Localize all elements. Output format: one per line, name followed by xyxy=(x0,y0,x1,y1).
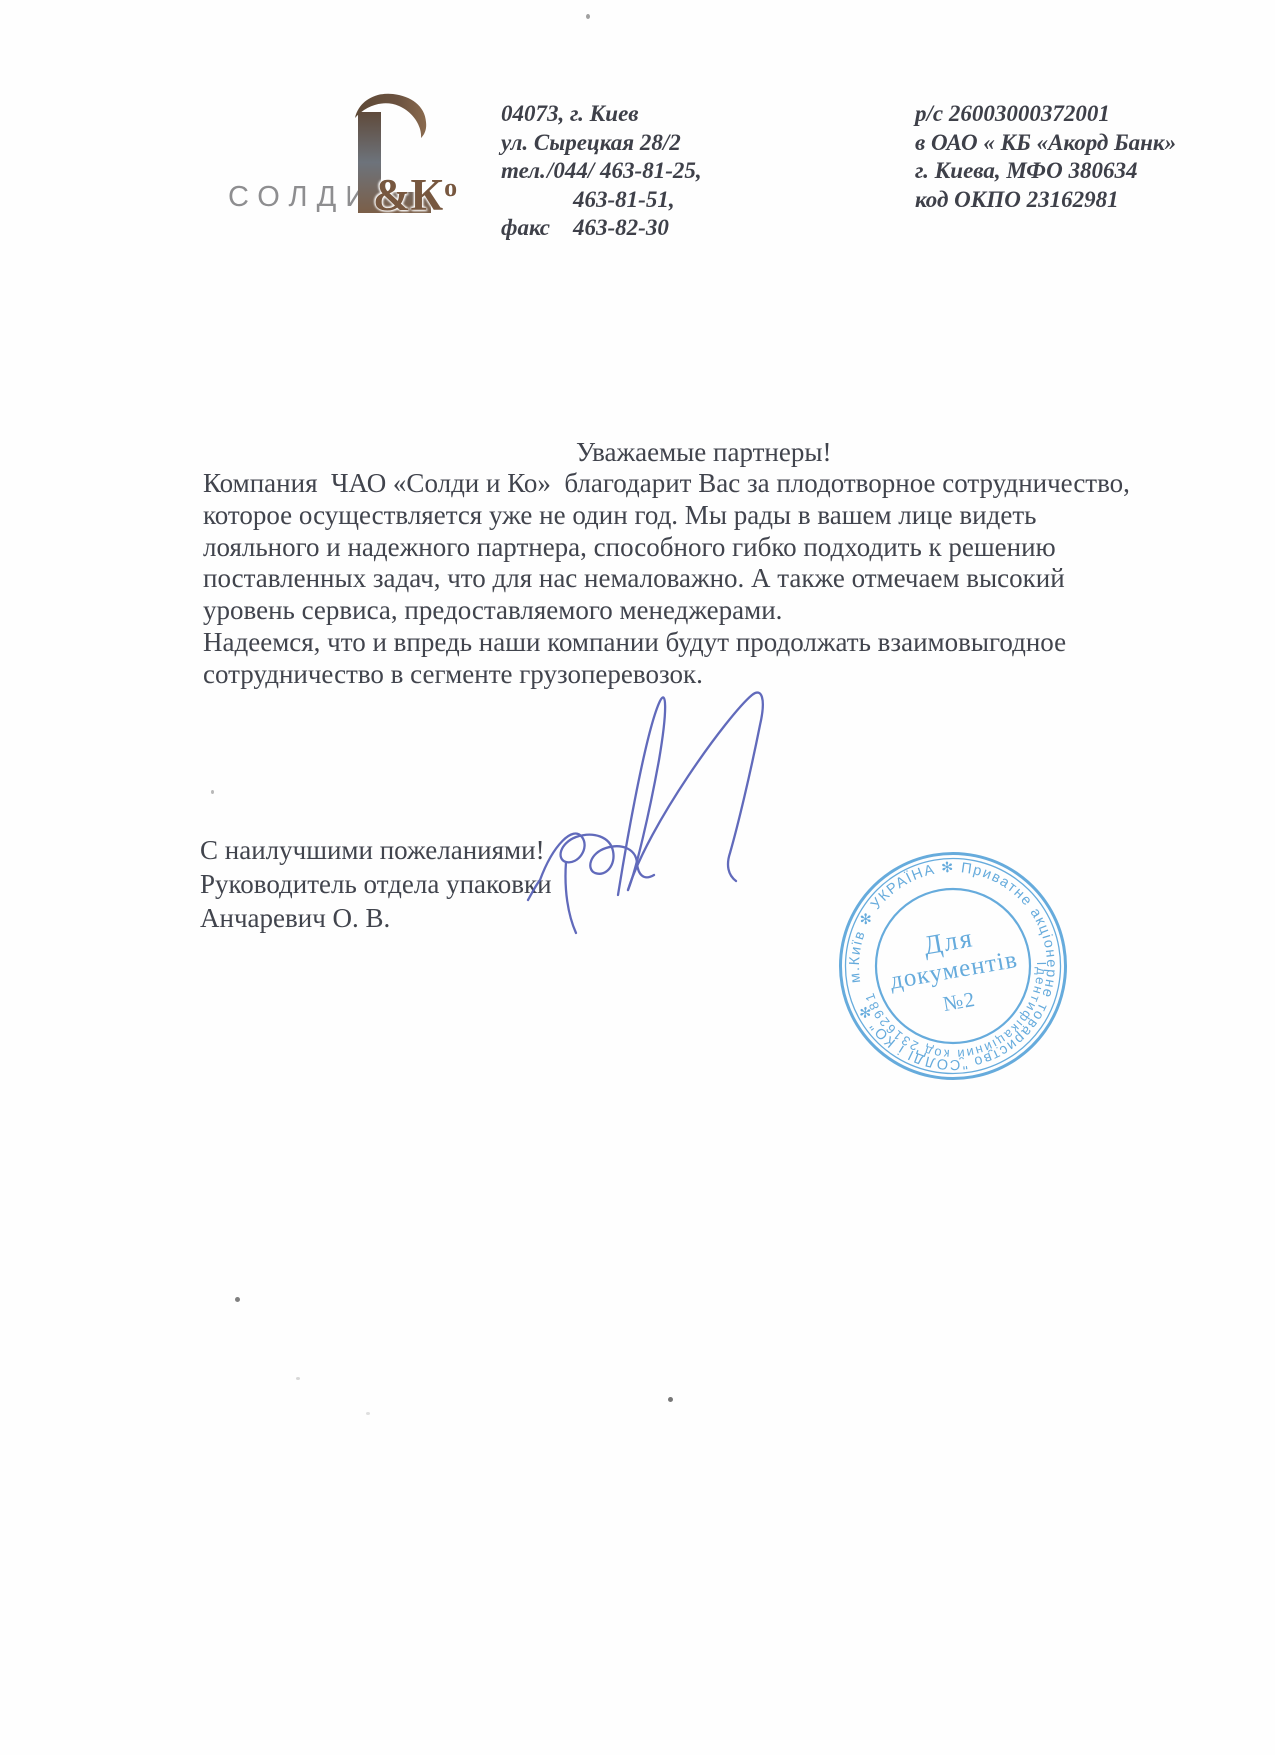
address-postal-city: 04073, г. Киев xyxy=(501,100,702,129)
letter-body: Компания ЧАО «Солди и Ко» благодарит Вас… xyxy=(203,468,1213,691)
logo-ampersand-k: &К xyxy=(373,170,443,220)
header-address-block: 04073, г. Киев ул. Сырецкая 28/2 тел./04… xyxy=(501,100,702,243)
logo-suffix: &Ко xyxy=(373,165,457,218)
salutation: Уважаемые партнеры! xyxy=(576,437,831,468)
address-phone-line1: тел./044/ 463-81-25, xyxy=(501,157,702,186)
scanned-letter-page: СОЛДИ &Ко 04073, г. Киев ул. Сырецкая 28… xyxy=(0,0,1275,1755)
handwritten-signature xyxy=(498,685,788,935)
bank-account: р/с 26003000372001 xyxy=(915,100,1176,129)
round-stamp: м.Київ ✻ УКРАЇНА ✻ Приватне акціонерне т… xyxy=(833,846,1073,1086)
bank-city-mfo: г. Киева, МФО 380634 xyxy=(915,157,1176,186)
bank-name: в ОАО « КБ «Акорд Банк» xyxy=(915,129,1176,158)
address-fax-line: факс463-82-30 xyxy=(501,214,702,243)
phone-number-1: /044/ 463-81-25, xyxy=(547,158,702,183)
fax-label: факс xyxy=(501,214,573,243)
phone-number-2: 463-81-51, xyxy=(573,187,675,212)
scan-speck xyxy=(296,1377,300,1380)
scan-speck xyxy=(366,1412,370,1415)
logo-degree-mark: о xyxy=(444,173,457,202)
address-phone-line2: 463-81-51, xyxy=(501,186,702,215)
scan-speck xyxy=(211,790,214,794)
scan-speck xyxy=(668,1397,673,1402)
scan-speck xyxy=(235,1297,240,1302)
stamp-center-line3: №2 xyxy=(941,987,977,1016)
phone-label: тел. xyxy=(501,157,547,186)
scan-speck xyxy=(586,14,590,19)
fax-number: 463-82-30 xyxy=(573,215,669,240)
company-wordmark: СОЛДИ xyxy=(228,181,375,214)
address-street: ул. Сырецкая 28/2 xyxy=(501,129,702,158)
header-bank-block: р/с 26003000372001 в ОАО « КБ «Акорд Бан… xyxy=(915,100,1176,214)
bank-okpo: код ОКПО 23162981 xyxy=(915,186,1176,215)
